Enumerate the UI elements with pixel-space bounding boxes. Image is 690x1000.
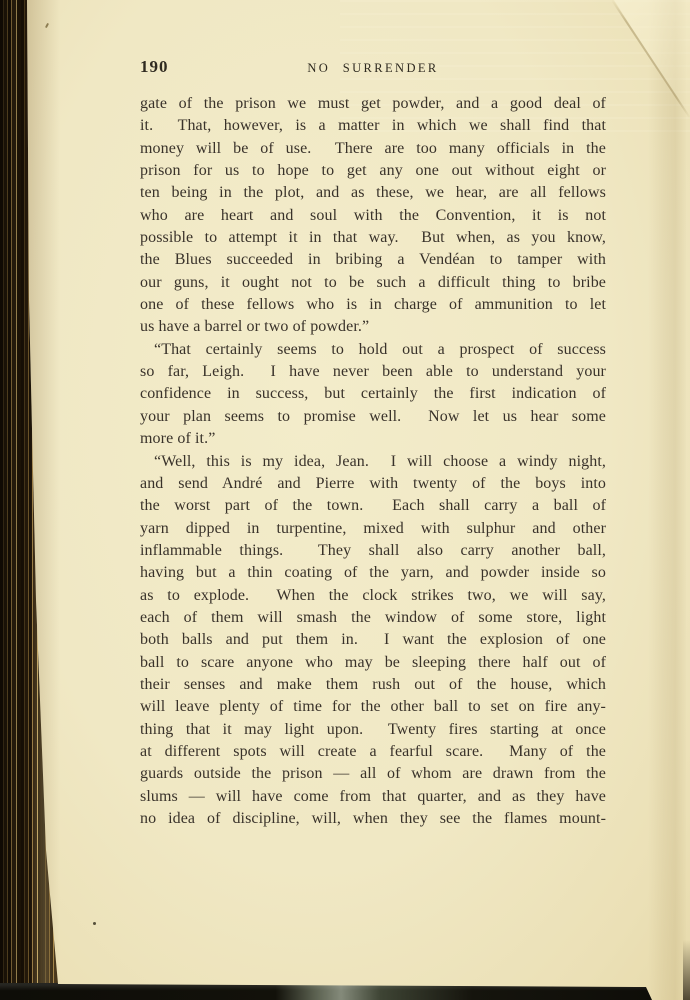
- text-line: us have a barrel or two of powder.”: [140, 316, 606, 338]
- text-line: slums — will have come from that quarter…: [140, 786, 606, 808]
- text-line: who are heart and soul with the Conventi…: [140, 205, 606, 227]
- text-line: gate of the prison we must get powder, a…: [140, 93, 606, 115]
- text-line: inflammable things. They shall also carr…: [140, 540, 606, 562]
- body-text: gate of the prison we must get powder, a…: [140, 93, 606, 830]
- text-line: yarn dipped in turpentine, mixed with su…: [140, 518, 606, 540]
- text-line: one of these fellows who is in charge of…: [140, 294, 606, 316]
- text-line: having but a thin coating of the yarn, a…: [140, 562, 606, 584]
- text-line: ball to scare anyone who may be sleeping…: [140, 652, 606, 674]
- text-line: each of them will smash the window of so…: [140, 607, 606, 629]
- text-line: our guns, it ought not to be such a diff…: [140, 272, 606, 294]
- page-paper: 190 NO SURRENDER gate of the prison we m…: [0, 0, 690, 1000]
- text-line: “Well, this is my idea, Jean. I will cho…: [140, 451, 606, 473]
- text-line: both balls and put them in. I want the e…: [140, 629, 606, 651]
- text-line: money will be of use. There are too many…: [140, 138, 606, 160]
- text-line: “That certainly seems to hold out a pros…: [140, 339, 606, 361]
- text-line: it. That, however, is a matter in which …: [140, 115, 606, 137]
- page-header: 190 NO SURRENDER: [140, 57, 606, 79]
- text-line: possible to attempt it in that way. But …: [140, 227, 606, 249]
- text-line: so far, Leigh. I have never been able to…: [140, 361, 606, 383]
- text-line: ten being in the plot, and as these, we …: [140, 182, 606, 204]
- text-line: at different spots will create a fearful…: [140, 741, 606, 763]
- text-line: will leave plenty of time for the other …: [140, 696, 606, 718]
- text-line: no idea of discipline, will, when they s…: [140, 808, 606, 830]
- text-line: your plan seems to promise well. Now let…: [140, 406, 606, 428]
- paper-speck: [93, 922, 96, 925]
- text-line: and send André and Pierre with twenty of…: [140, 473, 606, 495]
- running-header: NO SURRENDER: [140, 61, 606, 76]
- book-page-photo: 190 NO SURRENDER gate of the prison we m…: [0, 0, 690, 1000]
- text-line: prison for us to hope to get any one out…: [140, 160, 606, 182]
- paper-right-shading: [648, 0, 686, 1000]
- text-line: the worst part of the town. Each shall c…: [140, 495, 606, 517]
- text-line: guards outside the prison — all of whom …: [140, 763, 606, 785]
- text-line: thing that it may light upon. Twenty fir…: [140, 719, 606, 741]
- paper-bottom-right-shadow: [683, 940, 690, 1000]
- text-line: confidence in success, but certainly the…: [140, 383, 606, 405]
- text-line: as to explode. When the clock strikes tw…: [140, 585, 606, 607]
- paper-speck: [45, 23, 49, 28]
- text-line: more of it.”: [140, 428, 606, 450]
- text-line: their senses and make them rush out of t…: [140, 674, 606, 696]
- text-line: the Blues succeeded in bribing a Vendéan…: [140, 249, 606, 271]
